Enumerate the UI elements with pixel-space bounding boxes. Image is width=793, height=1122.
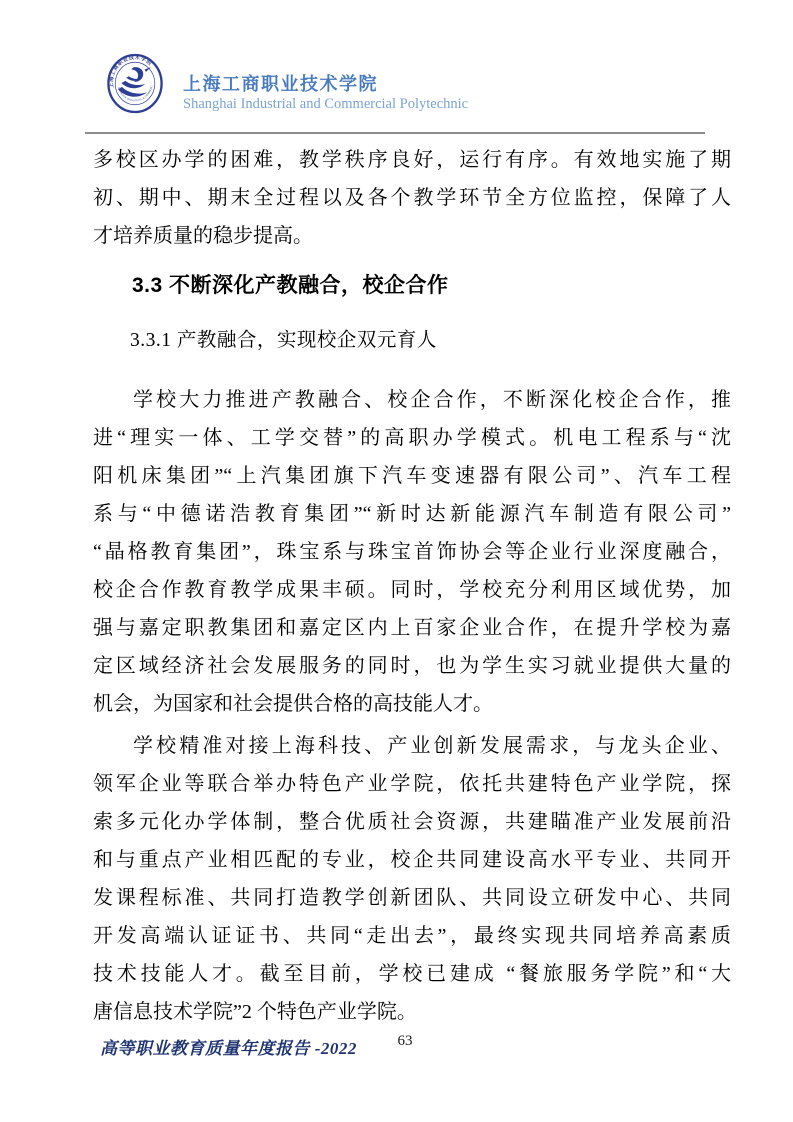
text-line: 校企合作教育教学成果丰硕。同时，学校充分利用区域优势，加 (93, 571, 731, 609)
text-line: 阳机床集团”“上汽集团旗下汽车变速器有限公司”、汽车工程 (93, 457, 731, 495)
text-line: 技术技能人才。截至目前，学校已建成 “餐旅服务学院”和“大 (93, 955, 731, 993)
text-line: 唐信息技术学院”2 个特色产业学院。 (93, 993, 731, 1031)
text-line: 才培养质量的稳步提高。 (93, 217, 731, 255)
text-line: 系与“中德诺浩教育集团”“新时达新能源汽车制造有限公司” (93, 495, 731, 533)
text-line: 定区域经济社会发展服务的同时，也为学生实习就业提供大量的 (93, 647, 731, 685)
text-line: 多校区办学的困难，教学秩序良好，运行有序。有效地实施了期 (93, 141, 731, 179)
text-line: 学校大力推进产教融合、校企合作，不断深化校企合作，推 (93, 381, 731, 419)
page-content: 多校区办学的困难，教学秩序良好，运行有序。有效地实施了期初、期中、期末全过程以及… (93, 141, 731, 1031)
header-divider (85, 132, 705, 134)
section-heading: 3.3 不断深化产教融合，校企合作 (132, 269, 731, 303)
paragraph: 学校大力推进产教融合、校企合作，不断深化校企合作，推进“理实一体、工学交替”的高… (93, 381, 731, 723)
school-name-en: Shanghai Industrial and Commercial Polyt… (183, 96, 468, 113)
text-line: 学校精准对接上海科技、产业创新发展需求，与龙头企业、 (93, 727, 731, 765)
text-line: 进“理实一体、工学交替”的高职办学模式。机电工程系与“沈 (93, 419, 731, 457)
text-line: 索多元化办学体制，整合优质社会资源，共建瞄准产业发展前沿 (93, 803, 731, 841)
school-name-cn: 上海工商职业技术学院 (183, 70, 378, 96)
text-line: 发课程标准、共同打造教学创新团队、共同设立研发中心、共同 (93, 879, 731, 917)
text-line: 领军企业等联合举办特色产业学院，依托共建特色产业学院，探 (93, 765, 731, 803)
text-line: 开发高端认证证书、共同“走出去”，最终实现共同培养高素质 (93, 917, 731, 955)
paragraph: 学校精准对接上海科技、产业创新发展需求，与龙头企业、领军企业等联合举办特色产业学… (93, 727, 731, 1031)
subsection-heading: 3.3.1 产教融合，实现校企双元育人 (130, 325, 731, 357)
page-number: 63 (385, 1033, 425, 1050)
text-line: “晶格教育集团”，珠宝系与珠宝首饰协会等企业行业深度融合， (93, 533, 731, 571)
paragraph-continuation: 多校区办学的困难，教学秩序良好，运行有序。有效地实施了期初、期中、期末全过程以及… (93, 141, 731, 255)
document-page: 上海工商职业技术学院 SHANGHAI INDUSTRIAL & COMMERC… (0, 0, 793, 1122)
text-line: 机会，为国家和社会提供合格的高技能人才。 (93, 685, 731, 723)
footer-report-title: 高等职业教育质量年度报告 -2022 (100, 1034, 357, 1059)
text-line: 和与重点产业相匹配的专业，校企共同建设高水平专业、共同开 (93, 841, 731, 879)
text-line: 强与嘉定职教集团和嘉定区内上百家企业合作，在提升学校为嘉 (93, 609, 731, 647)
school-logo-icon: 上海工商职业技术学院 SHANGHAI INDUSTRIAL & COMMERC… (106, 52, 164, 115)
text-line: 初、期中、期末全过程以及各个教学环节全方位监控，保障了人 (93, 179, 731, 217)
